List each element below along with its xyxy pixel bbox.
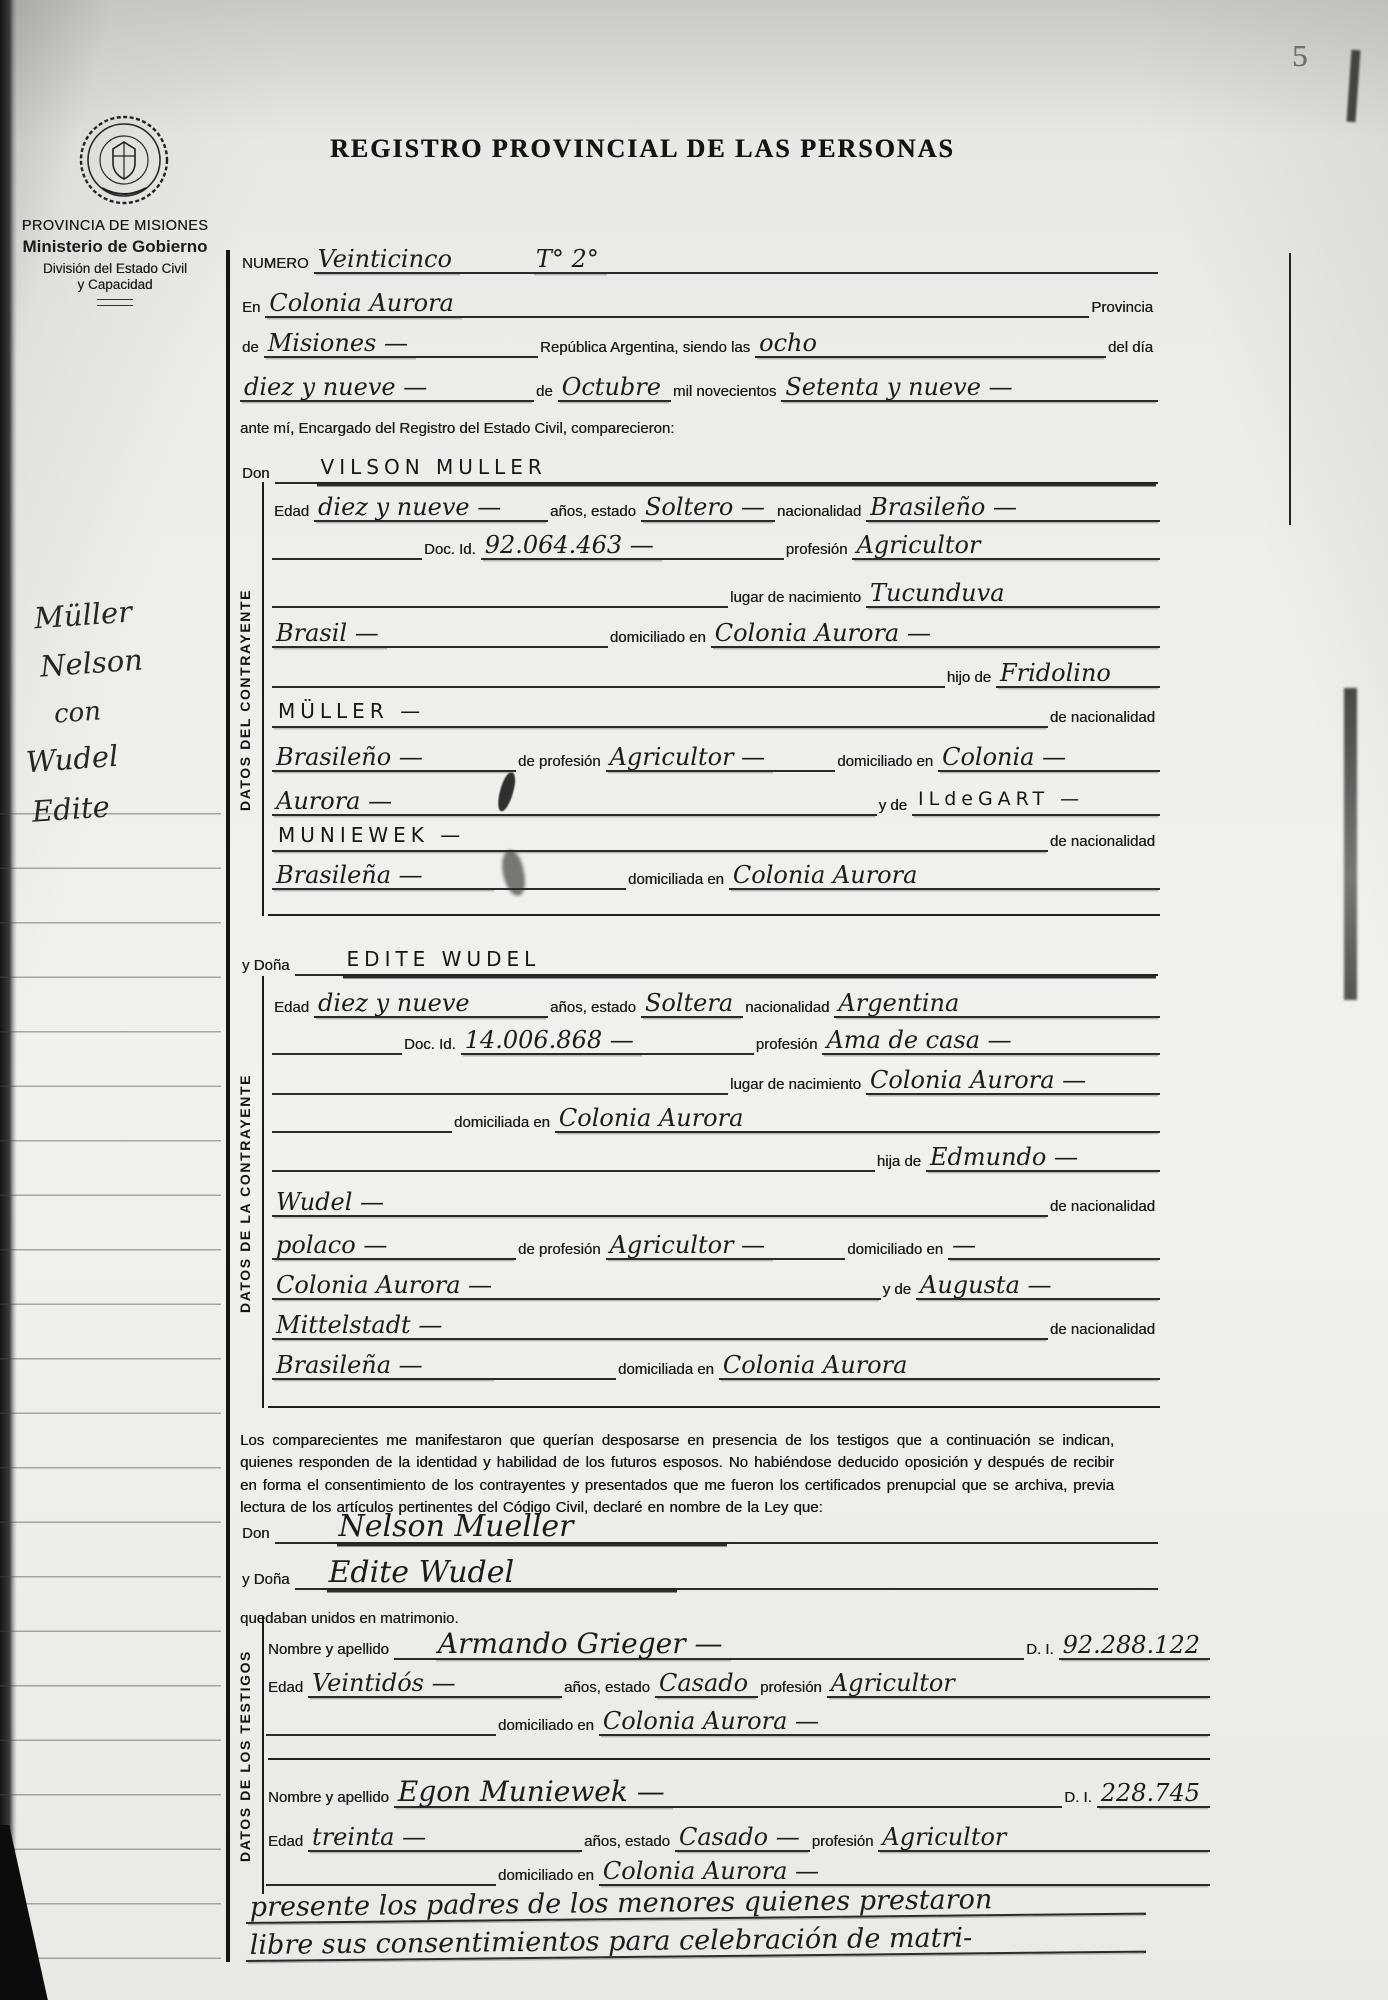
domiciliada-label: domiciliada en xyxy=(616,1361,719,1380)
field-provincia-hora: de Misiones — República Argentina, siend… xyxy=(240,322,1158,358)
doc-label: Doc. Id. xyxy=(422,541,481,560)
union-bride-name: Edite Wudel xyxy=(325,1557,679,1591)
office-province: PROVINCIA DE MISIONES xyxy=(8,218,222,234)
profesion-label: profesión xyxy=(784,541,853,560)
groom-edad: diez y nueve — xyxy=(314,495,548,522)
witness2-row-edad: Edad treinta — años, estado Casado — pro… xyxy=(266,1814,1210,1852)
hija-de-label: hija de xyxy=(875,1153,926,1172)
section-rule xyxy=(262,482,264,916)
witness1-nombre: Armando Grieger — xyxy=(434,1629,733,1660)
bride-row-padre-apellido: Wudel — de nacionalidad xyxy=(272,1179,1160,1217)
groom-padre-domicilio: Colonia — xyxy=(938,745,1160,772)
numero-value: Veinticinco xyxy=(314,247,462,274)
bride-estado: Soltera xyxy=(641,991,743,1018)
groom-doc: 92.064.463 — xyxy=(481,533,664,560)
section-label-witnesses: DATOS DE LOS TESTIGOS xyxy=(233,1618,257,1894)
bride-domicilio: Colonia Aurora xyxy=(555,1106,1160,1133)
field-dona: y Doña EDITE WUDEL xyxy=(240,934,1158,976)
page-number: 5 xyxy=(1292,38,1308,74)
witness2-estado: Casado — xyxy=(675,1825,810,1852)
closing-line-1: presente los padres de los menores quien… xyxy=(246,1884,1146,1924)
nombre-apellido-label: Nombre y apellido xyxy=(266,1641,394,1660)
bride-edad: diez y nueve xyxy=(314,991,548,1018)
groom-madre-nombre: ILdeGART — xyxy=(912,788,1160,816)
witness2-edad: treinta — xyxy=(308,1825,582,1852)
de2-label: de xyxy=(534,383,558,402)
witness-separator xyxy=(268,1758,1210,1760)
form-left-border xyxy=(226,250,230,1962)
en-label: En xyxy=(240,299,265,318)
section-separator xyxy=(268,914,1160,916)
field-lugar: En Colonia Aurora Provincia xyxy=(240,282,1158,318)
groom-pais: Brasil — xyxy=(272,621,389,648)
bride-profesion: Ama de casa — xyxy=(822,1028,1160,1055)
witness1-domicilio: Colonia Aurora — xyxy=(599,1709,1210,1736)
hora-value: ocho xyxy=(755,331,1106,358)
field-union-don: Don Nelson Mueller xyxy=(240,1498,1158,1544)
de-profesion-label: de profesión xyxy=(516,1241,606,1260)
issuing-office-block: PROVINCIA DE MISIONES Ministerio de Gobi… xyxy=(8,218,222,306)
groom-estado: Soltero — xyxy=(641,495,775,522)
groom-row-padre-datos: Brasileño — de profesión Agricultor — do… xyxy=(272,734,1160,772)
groom-nacionalidad: Brasileño — xyxy=(866,495,1160,522)
domiciliado-label: domiciliado en xyxy=(496,1717,599,1736)
margin-ruled-lines xyxy=(0,760,221,1992)
de-nacionalidad-label: de nacionalidad xyxy=(1048,1321,1160,1340)
bride-madre-apellido: Mittelstadt — xyxy=(272,1313,1048,1340)
profesion-label: profesión xyxy=(754,1036,823,1055)
margin-note-bride-surname: Wudel xyxy=(25,739,119,779)
witness1-row-nombre: Nombre y apellido Armando Grieger — D. I… xyxy=(266,1618,1210,1660)
ante-mi-text: ante mí, Encargado del Registro del Esta… xyxy=(240,420,674,437)
dona-label: y Doña xyxy=(240,957,295,976)
section-separator xyxy=(268,1406,1160,1408)
di-label: D. I. xyxy=(1062,1789,1097,1808)
scan-artifact xyxy=(1344,688,1357,1000)
margin-note-bride-name: Edite xyxy=(31,789,111,828)
section-label-groom: DATOS DEL CONTRAYENTE xyxy=(233,484,257,916)
groom-nacimiento: Tucunduva xyxy=(866,581,1160,608)
bride-nacimiento: Colonia Aurora — xyxy=(866,1068,1160,1095)
groom-padre-domicilio2: Aurora — xyxy=(272,789,877,816)
section-rule xyxy=(262,1616,264,1894)
groom-row-madre-datos: Brasileña — domiciliada en Colonia Auror… xyxy=(272,852,1160,890)
di-label: D. I. xyxy=(1024,1641,1059,1660)
bride-madre-domicilio: Colonia Aurora xyxy=(719,1353,1160,1380)
groom-row-doc: Doc. Id. 92.064.463 — profesión Agricult… xyxy=(272,524,1160,560)
page-title: REGISTRO PROVINCIAL DE LAS PERSONAS xyxy=(330,134,892,164)
mes-value: Octubre xyxy=(558,375,671,402)
groom-row-madre: Aurora — y de ILdeGART — xyxy=(272,778,1160,816)
bride-row-madre: Colonia Aurora — y de Augusta — xyxy=(272,1262,1160,1300)
margin-note-name: Nelson xyxy=(39,642,144,683)
bride-padre-apellido: Wudel — xyxy=(272,1190,1048,1217)
section-label-bride: DATOS DE LA CONTRAYENTE xyxy=(233,978,257,1408)
witness1-di: 92.288.122 xyxy=(1059,1633,1210,1660)
numero-label: NUMERO xyxy=(240,255,314,274)
bride-row-nacimiento: lugar de nacimiento Colonia Aurora — xyxy=(272,1059,1160,1095)
y-de-label: y de xyxy=(881,1281,916,1300)
domiciliado-label: domiciliado en xyxy=(835,753,938,772)
groom-name-value: VILSON MULLER xyxy=(315,455,1158,484)
groom-padre-profesion: Agricultor — xyxy=(606,745,776,772)
provincia-label: Provincia xyxy=(1089,299,1158,318)
section-rule xyxy=(262,976,264,1408)
office-division: División del Estado Civil xyxy=(8,261,222,276)
witness2-domicilio: Colonia Aurora — xyxy=(599,1859,1210,1886)
nacimiento-label: lugar de nacimiento xyxy=(728,1076,866,1095)
deldia-label: del día xyxy=(1106,339,1158,358)
groom-madre-nacionalidad: Brasileña — xyxy=(272,863,496,890)
doc-label: Doc. Id. xyxy=(402,1036,461,1055)
margin-note-con: con xyxy=(53,696,102,729)
bride-madre-nacionalidad: Brasileña — xyxy=(272,1353,496,1380)
bride-padre-nombre: Edmundo — xyxy=(926,1145,1160,1172)
de-nacionalidad-label: de nacionalidad xyxy=(1048,1198,1160,1217)
witness1-estado: Casado xyxy=(655,1671,758,1698)
witness1-row-edad: Edad Veintidós — años, estado Casado pro… xyxy=(266,1660,1210,1698)
nacionalidad-label: nacionalidad xyxy=(743,999,834,1018)
office-ministry: Ministerio de Gobierno xyxy=(8,237,222,257)
witness2-nombre: Egon Muniewek — xyxy=(394,1777,675,1808)
domicilio-label: domiciliado en xyxy=(608,629,711,648)
de-nacionalidad-label: de nacionalidad xyxy=(1048,709,1160,728)
bride-doc: 14.006.868 — xyxy=(461,1028,644,1055)
bride-row-edad: Edad diez y nueve años, estado Soltera n… xyxy=(272,982,1160,1018)
nombre-apellido-label: Nombre y apellido xyxy=(266,1789,394,1808)
bride-nacionalidad: Argentina xyxy=(834,991,1160,1018)
page-right-rule xyxy=(1289,253,1291,525)
estado-label: años, estado xyxy=(562,1679,655,1698)
republica-label: República Argentina, siendo las xyxy=(538,339,755,358)
domiciliada-label: domiciliada en xyxy=(452,1114,555,1133)
groom-row-domicilio: Brasil — domiciliado en Colonia Aurora — xyxy=(272,612,1160,648)
tomo-value: T° 2° xyxy=(532,247,609,274)
witness2-di: 228.745 xyxy=(1097,1781,1210,1808)
mil-label: mil novecientos xyxy=(671,383,781,402)
dona-label: y Doña xyxy=(240,1571,295,1590)
provincia-value: Misiones — xyxy=(264,331,418,358)
profesion-label: profesión xyxy=(758,1679,827,1698)
bride-name-value: EDITE WUDEL xyxy=(341,947,1158,976)
field-union-dona: y Doña Edite Wudel xyxy=(240,1544,1158,1590)
witness2-profesion: Agricultor xyxy=(878,1825,1210,1852)
bride-padre-domicilio2: Colonia Aurora — xyxy=(272,1273,881,1300)
witness1-edad: Veintidós — xyxy=(308,1671,562,1698)
groom-row-nacimiento: lugar de nacimiento Tucunduva xyxy=(272,572,1160,608)
field-don: Don VILSON MULLER xyxy=(240,444,1158,484)
edad-label: Edad xyxy=(266,1679,308,1698)
bride-row-padre: hija de Edmundo — xyxy=(272,1136,1160,1172)
domiciliada-label: domiciliada en xyxy=(626,871,729,890)
groom-row-padre: hijo de Fridolino xyxy=(272,652,1160,688)
witness1-profesion: Agricultor xyxy=(827,1671,1210,1698)
groom-row-edad: Edad diez y nueve — años, estado Soltero… xyxy=(272,486,1160,522)
nacimiento-label: lugar de nacimiento xyxy=(728,589,866,608)
scan-artifact xyxy=(1346,50,1360,122)
margin-note-surname: Müller xyxy=(33,595,133,636)
hijo-de-label: hijo de xyxy=(945,669,996,688)
closing-line-2-row: libre sus consentimientos para celebraci… xyxy=(246,1922,1146,1962)
de-nacionalidad-label: de nacionalidad xyxy=(1048,833,1160,852)
field-fecha: diez y nueve — de Octubre mil noveciento… xyxy=(240,362,1158,402)
bride-row-madre-datos: Brasileña — domiciliada en Colonia Auror… xyxy=(272,1342,1160,1380)
groom-profesion: Agricultor xyxy=(852,533,1160,560)
groom-madre-domicilio: Colonia Aurora xyxy=(729,863,1160,890)
union-groom-name: Nelson Mueller xyxy=(335,1511,729,1545)
witness1-row-domicilio: domiciliado en Colonia Aurora — xyxy=(266,1700,1210,1736)
registry-page: 5 REGISTRO PROVINCIAL DE LAS PERSONAS PR… xyxy=(0,0,1388,2000)
groom-padre-nacionalidad: Brasileño — xyxy=(272,745,516,772)
bride-row-padre-datos: polaco — de profesión Agricultor — domic… xyxy=(272,1222,1160,1260)
bride-padre-nacionalidad: polaco — xyxy=(272,1233,516,1260)
bride-row-domicilio: domiciliada en Colonia Aurora xyxy=(272,1097,1160,1133)
groom-padre-nombre: Fridolino xyxy=(996,661,1160,688)
groom-row-padre-apellido: MÜLLER — de nacionalidad xyxy=(272,690,1160,728)
de-label: de xyxy=(240,339,264,358)
office-division2: y Capacidad xyxy=(8,277,222,292)
groom-padre-apellido: MÜLLER — xyxy=(272,699,1048,728)
edad-label: Edad xyxy=(272,503,314,522)
closing-line-1-row: presente los padres de los menores quien… xyxy=(246,1884,1146,1924)
closing-line-2: libre sus consentimientos para celebraci… xyxy=(246,1922,1146,1962)
provincial-seal-icon xyxy=(78,110,170,214)
estado-label: años, estado xyxy=(548,503,641,522)
estado-label: años, estado xyxy=(548,999,641,1018)
dia-value: diez y nueve — xyxy=(240,375,534,402)
bride-madre-nombre: Augusta — xyxy=(916,1273,1160,1300)
sidebar-divider xyxy=(97,299,133,306)
bride-row-doc: Doc. Id. 14.006.868 — profesión Ama de c… xyxy=(272,1019,1160,1055)
don-label: Don xyxy=(240,465,275,484)
witness2-row-domicilio: domiciliado en Colonia Aurora — xyxy=(266,1850,1210,1886)
nacionalidad-label: nacionalidad xyxy=(775,503,866,522)
bride-padre-domicilio: — xyxy=(948,1233,1160,1260)
witness2-row-nombre: Nombre y apellido Egon Muniewek — D. I. … xyxy=(266,1766,1210,1808)
bride-padre-profesion: Agricultor — xyxy=(606,1233,776,1260)
domiciliado-label: domiciliado en xyxy=(845,1241,948,1260)
anio-value: Setenta y nueve — xyxy=(781,375,1158,402)
groom-row-madre-apellido: MUNIEWEK — de nacionalidad xyxy=(272,814,1160,852)
bride-row-madre-apellido: Mittelstadt — de nacionalidad xyxy=(272,1302,1160,1340)
edad-label: Edad xyxy=(272,999,314,1018)
field-numero: NUMERO Veinticinco T° 2° xyxy=(240,238,1158,274)
don-label: Don xyxy=(240,1525,275,1544)
de-profesion-label: de profesión xyxy=(516,753,606,772)
groom-domicilio: Colonia Aurora — xyxy=(711,621,1160,648)
lugar-value: Colonia Aurora xyxy=(265,291,464,318)
groom-madre-apellido: MUNIEWEK — xyxy=(272,823,1048,852)
